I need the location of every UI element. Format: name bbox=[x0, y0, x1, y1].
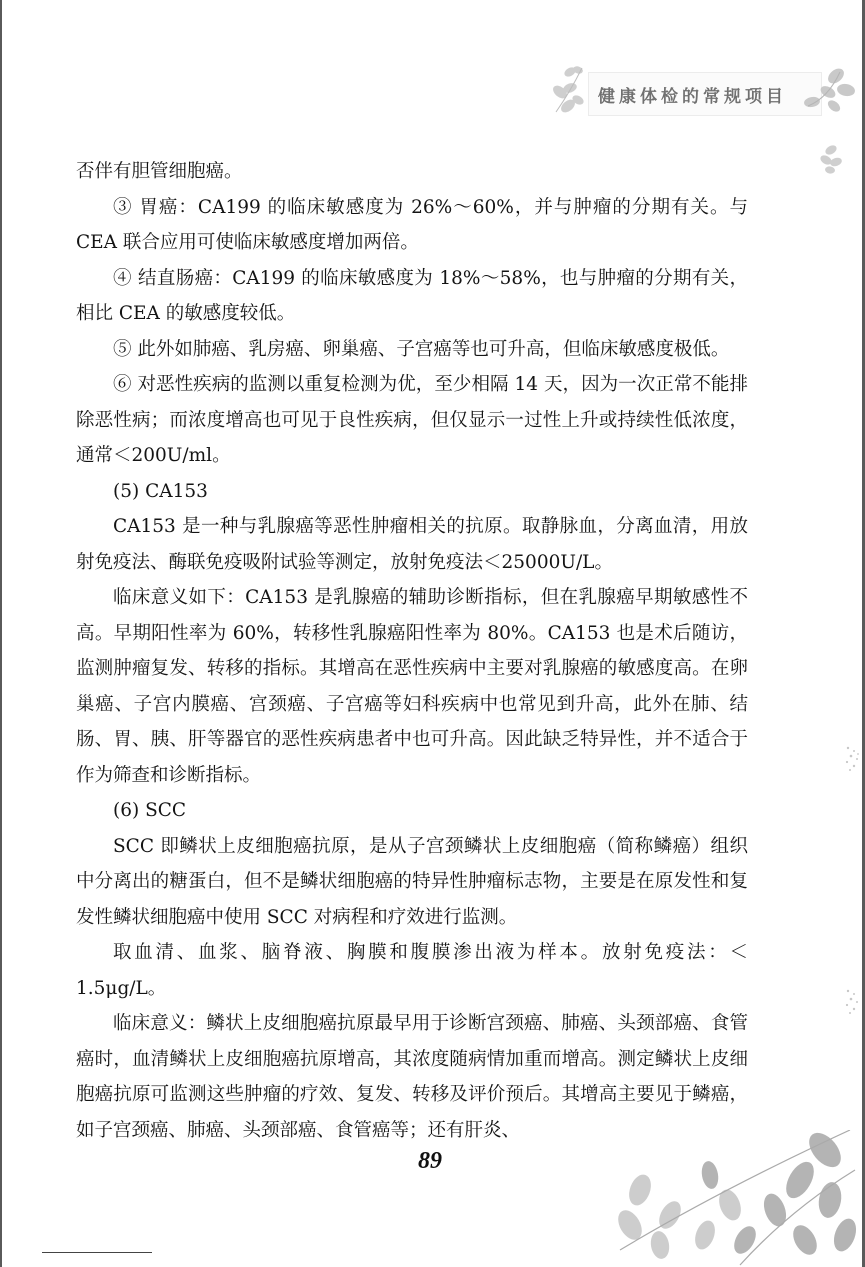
edge-speckle-decoration-icon bbox=[842, 742, 862, 776]
paragraph: ⑤ 此外如肺癌、乳房癌、卵巢癌、子宫癌等也可升高，但临床敏感度极低。 bbox=[76, 332, 748, 368]
page-number: 89 bbox=[400, 1148, 460, 1175]
leaf-decoration-small-icon bbox=[816, 142, 846, 176]
paragraph: 否伴有胆管细胞癌。 bbox=[76, 154, 748, 190]
leaf-decoration-right-icon bbox=[798, 62, 858, 124]
paragraph: 临床意义如下：CA153 是乳腺癌的辅助诊断指标，但在乳腺癌早期敏感性不高。早期… bbox=[76, 580, 748, 793]
leaf-decoration-corner-icon bbox=[600, 1130, 862, 1267]
running-header: 健康体检的常规项目 bbox=[548, 62, 848, 124]
edge-speckle-decoration-icon bbox=[842, 985, 862, 1019]
section-heading: (5) CA153 bbox=[76, 474, 748, 510]
section-heading: (6) SCC bbox=[76, 793, 748, 829]
footnote-rule bbox=[42, 1252, 152, 1253]
paragraph: CA153 是一种与乳腺癌等恶性肿瘤相关的抗原。取静脉血，分离血清，用放射免疫法… bbox=[76, 509, 748, 580]
paragraph: ⑥ 对恶性疾病的监测以重复检测为优，至少相隔 14 天，因为一次正常不能排除恶性… bbox=[76, 367, 748, 474]
paragraph: ③ 胃癌：CA199 的临床敏感度为 26%～60%，并与肿瘤的分期有关。与 C… bbox=[76, 190, 748, 261]
page-left-edge bbox=[0, 0, 2, 1267]
paragraph: 临床意义：鳞状上皮细胞癌抗原最早用于诊断宫颈癌、肺癌、头颈部癌、食管癌时，血清鳞… bbox=[76, 1006, 748, 1148]
paragraph: 取血清、血浆、脑脊液、胸膜和腹膜渗出液为样本。放射免疫法：＜1.5μg/L。 bbox=[76, 935, 748, 1006]
body-text: 否伴有胆管细胞癌。 ③ 胃癌：CA199 的临床敏感度为 26%～60%，并与肿… bbox=[76, 154, 748, 1148]
paragraph: ④ 结直肠癌：CA199 的临床敏感度为 18%～58%，也与肿瘤的分期有关，相… bbox=[76, 261, 748, 332]
running-header-title: 健康体检的常规项目 bbox=[598, 82, 787, 107]
paragraph: SCC 即鳞状上皮细胞癌抗原，是从子宫颈鳞状上皮细胞癌（简称鳞癌）组织中分离出的… bbox=[76, 829, 748, 936]
